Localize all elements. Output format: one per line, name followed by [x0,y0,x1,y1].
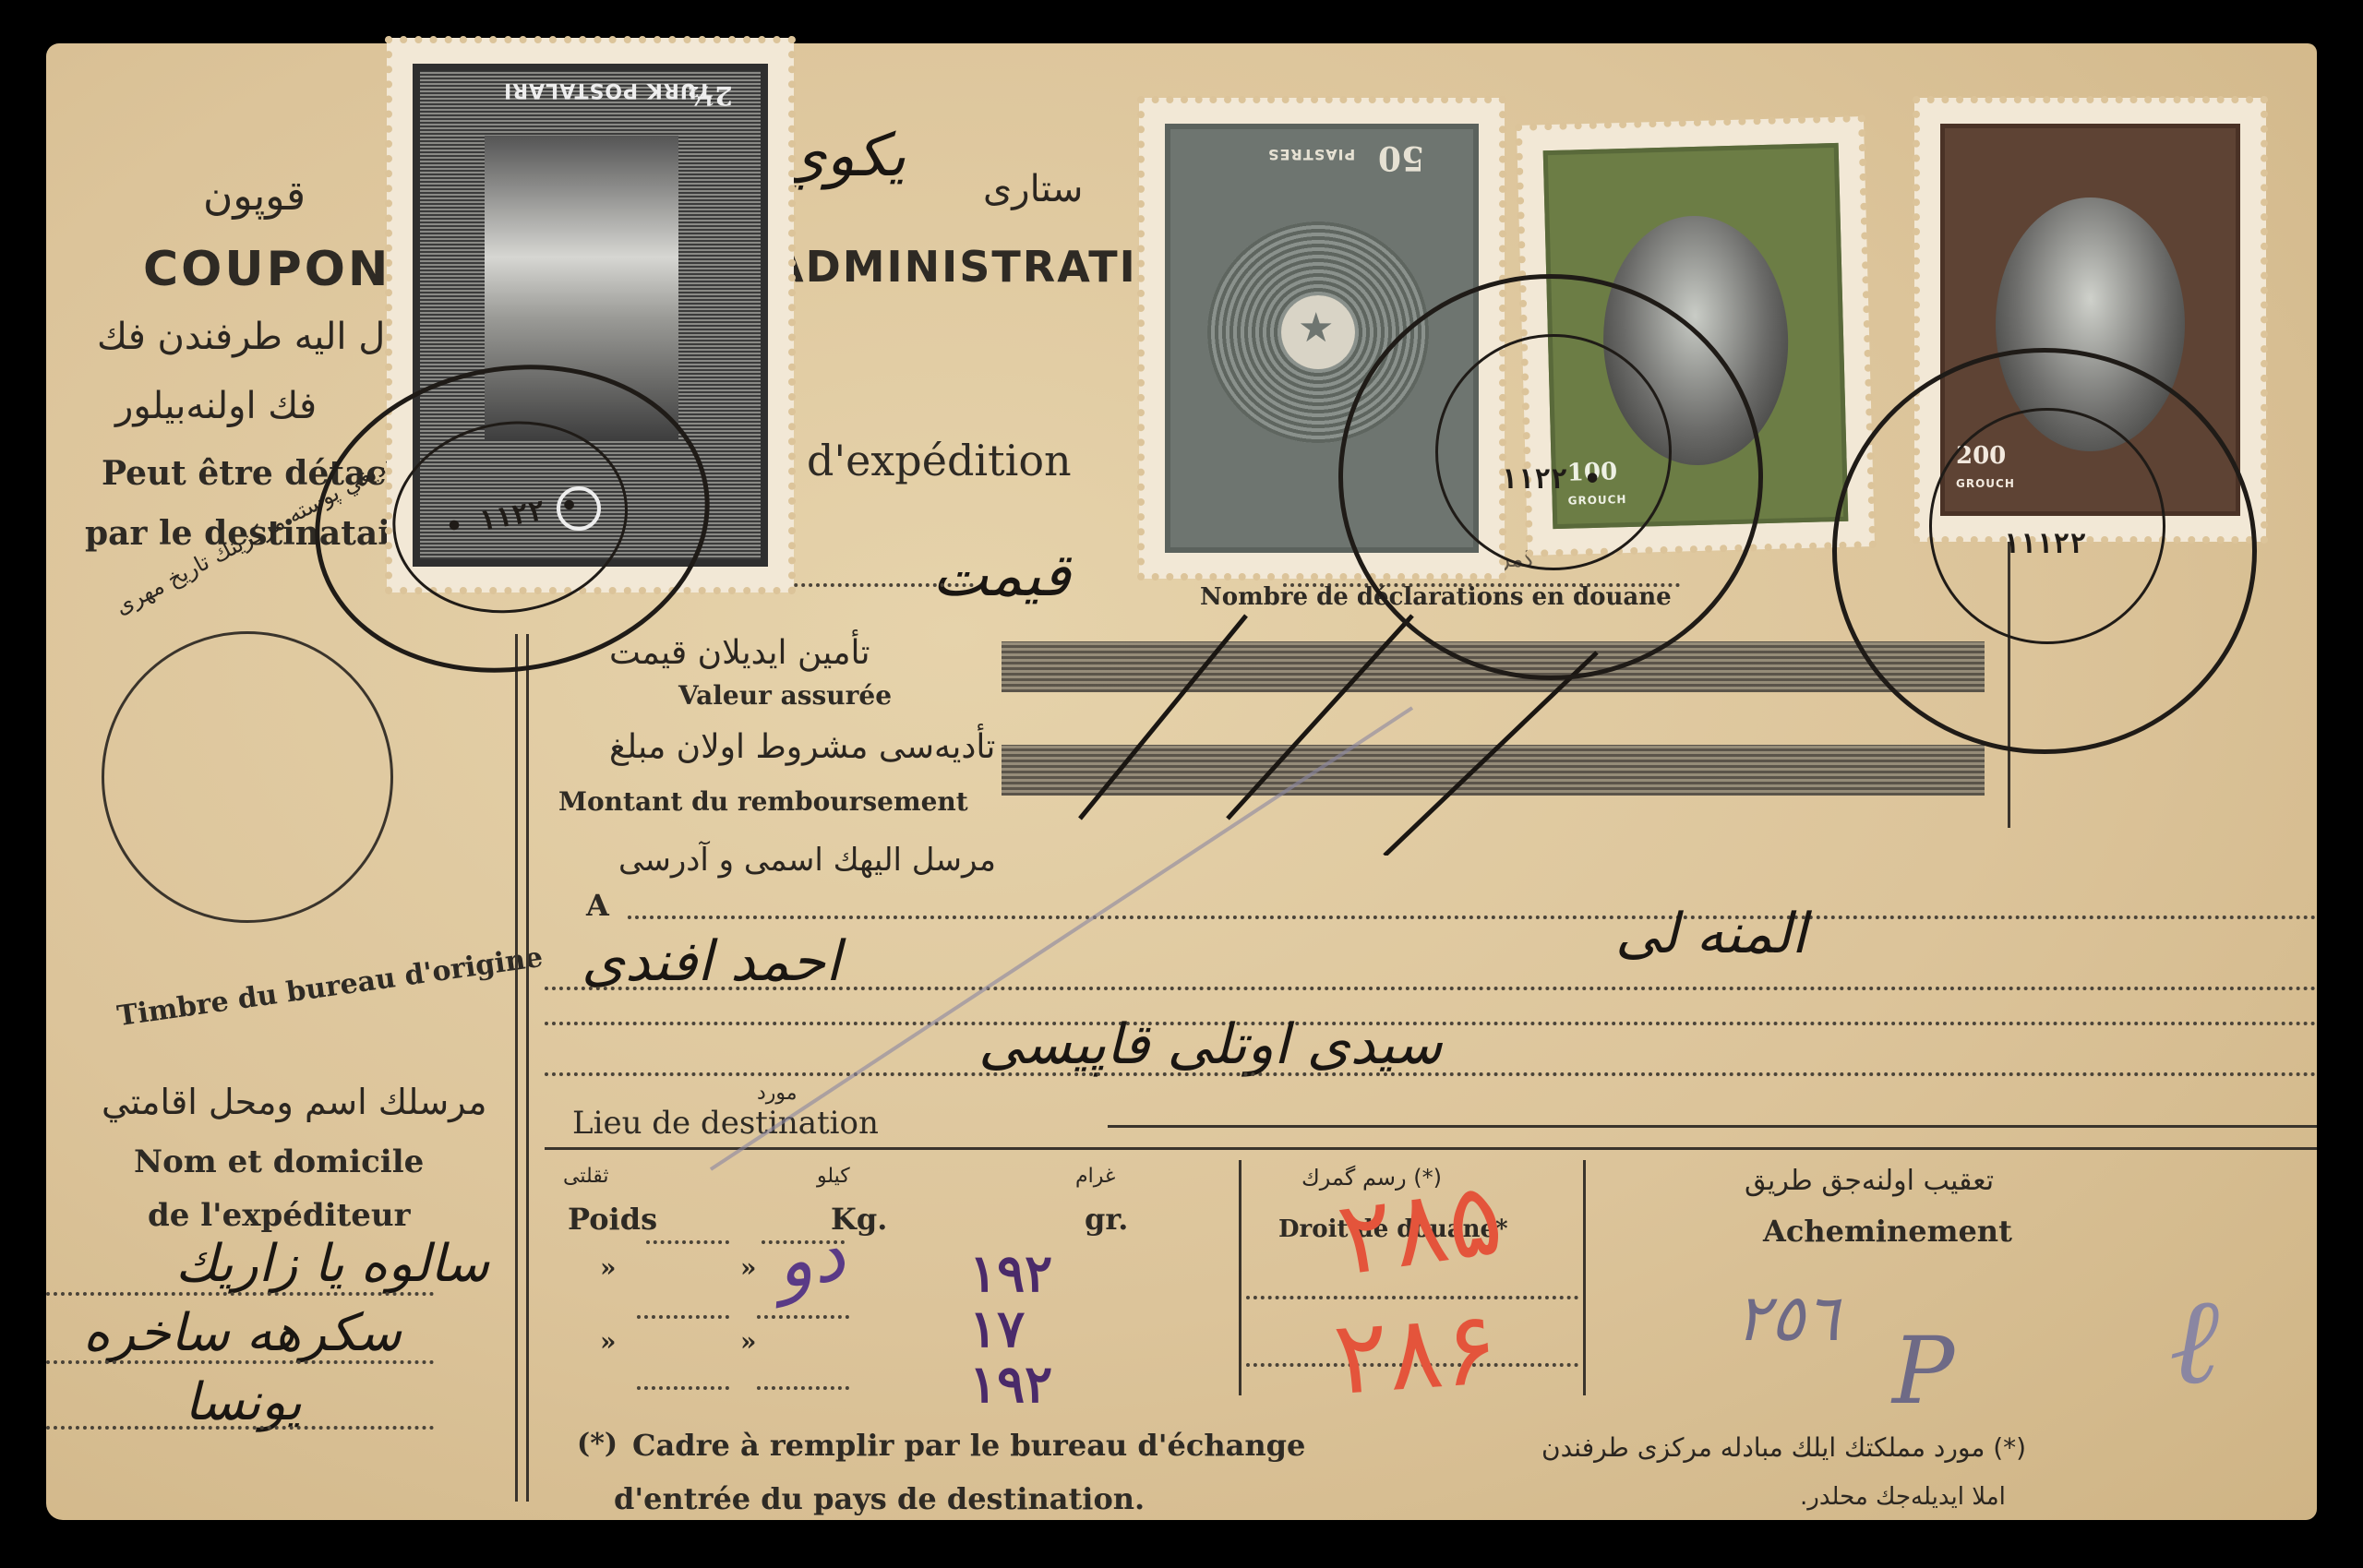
parcel-card: قوپون COUPON ل اليه طرفندن فك فك اولنه‌ب… [46,43,2317,1520]
coupon-title: COUPON [143,242,390,297]
routing-pencil-value: ٢٥٦ [1735,1280,1840,1356]
footnote-line-2: d'entrée du pays de destination. [614,1481,1145,1516]
postmark-date: ١١٢٢ • [1364,463,1738,496]
postmark-center: ١١٢٢ • [1338,274,1763,680]
insured-ottoman: تأمين ايديلان قيمت [609,634,870,672]
stamp-value: 2½ [688,80,733,111]
handwritten-top: يكوي [780,122,906,190]
sender-label-2: de l'expéditeur [148,1197,411,1234]
table-divider-2 [1583,1160,1586,1395]
origin-stamp-label: Timbre du bureau d'origine [115,941,545,1033]
administration-ottoman: ستاری [983,168,1083,210]
weight-ditto-4: » [740,1326,757,1357]
expedition-title: a d'expédition [768,436,1072,485]
coupon-divider-2 [526,634,529,1502]
origin-stamp-circle [102,631,393,923]
weight-handwritten-note: دو [768,1210,850,1306]
pencil-diagonal-line [692,689,1431,1197]
postmark-date: ١١١٢٢ [1858,528,2232,560]
weight-dotline-5 [637,1386,729,1390]
sender-label-1: Nom et domicile [134,1143,424,1180]
routing-ottoman: تعقيب اولنه‌جق طريق [1745,1165,1994,1197]
sender-handwritten-2: سكرهه ساخره [83,1303,402,1363]
coupon-note-ottoman-1: ل اليه طرفندن فك [97,316,385,358]
footnote-marker: (*) [577,1428,618,1460]
sender-dotline-2 [46,1360,434,1364]
sender-handwritten-3: يونسا [185,1372,302,1432]
footnote-line-1: Cadre à remplir par le bureau d'échange [632,1428,1305,1463]
weight-dotline-4 [757,1315,849,1319]
sender-handwritten-1: سالوه يا زاريك [175,1234,489,1294]
stamp-caption: PIASTRES [1267,146,1355,163]
weight-dotline-3 [637,1315,729,1319]
stamp-caption: TURK POSTALARI [503,78,712,102]
star-icon: ★ [1298,305,1334,352]
weight-label: Poids [568,1202,657,1237]
addressee-handwritten-2: المنه لی [1615,902,1806,966]
addressee-prefix: A [586,888,609,923]
sender-dotline-1 [46,1292,434,1296]
weight-ditto-3: » [600,1326,617,1357]
gr-label: gr. [1085,1202,1128,1237]
weight-dotline-1 [646,1240,729,1244]
weight-ditto-2: » [740,1252,757,1283]
routing-pencil-note: P [1892,1317,1954,1425]
sender-label-ottoman: مرسلك اسم ومحل اقامتي [102,1082,487,1122]
footnote-ottoman-2: املا ايديله‌جك محلدر. [1800,1483,2006,1511]
weight-dotline-6 [757,1386,849,1390]
coupon-note-ottoman-2: فك اولنه‌بيلور [115,385,317,427]
routing-label: Acheminement [1763,1214,2012,1249]
weight-ditto-1: » [600,1252,617,1283]
weight-ottoman: ثقلتی [563,1165,609,1188]
postmark-right: ١١١٢٢ [1832,348,2257,754]
sender-dotline-3 [46,1426,434,1430]
stamp-value: 50 [1378,138,1424,177]
weight-handwritten-3: ۱۹۲ [969,1354,1052,1415]
coupon-title-ottoman: قوپون [203,173,306,220]
weight-handwritten-2: ۱۷ [969,1299,1025,1359]
pencil-scribble: ℓ [2169,1271,2219,1412]
coupon-divider-1 [515,634,518,1502]
customs-red-value-2: ۲۸۶ [1330,1288,1502,1418]
footnote-ottoman-1: (*) مورد مملكتك ايلك مبادله مركزی طرفندن [1541,1432,2026,1463]
weight-handwritten-1: ۱۹۲ [969,1243,1052,1304]
